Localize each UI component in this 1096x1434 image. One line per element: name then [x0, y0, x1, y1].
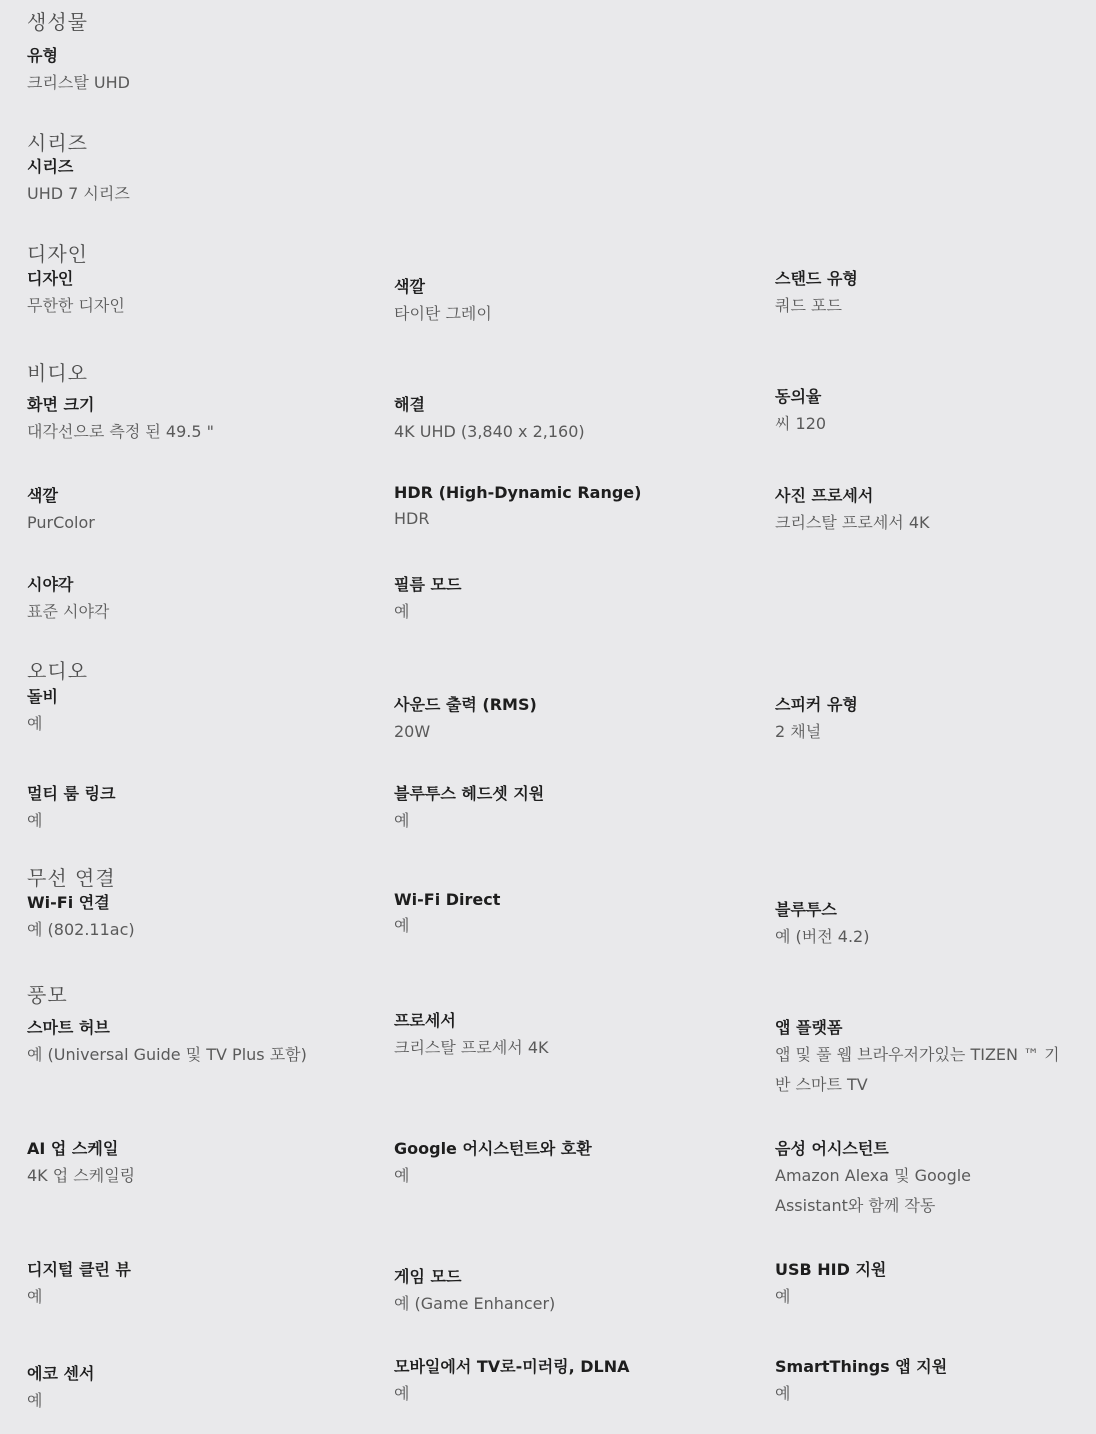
spec-digital-clean-view: 디지털 클린 뷰 예 — [27, 1257, 131, 1312]
spec-usb-hid: USB HID 지원 예 — [775, 1257, 886, 1312]
spec-dolby: 돌비 예 — [27, 684, 58, 739]
spec-wifi-direct: Wi-Fi Direct 예 — [394, 890, 500, 941]
spec-value: 쿼드 포드 — [775, 291, 858, 321]
spec-label: 시리즈 — [27, 154, 130, 177]
spec-label: 유형 — [27, 43, 130, 66]
spec-label: 스탠드 유형 — [775, 266, 858, 289]
spec-value: 예 (버전 4.2) — [775, 922, 869, 952]
spec-smartthings: SmartThings 앱 지원 예 — [775, 1354, 947, 1409]
section-title-audio: 오디오 — [27, 655, 88, 684]
spec-value: 대각선으로 측정 된 49.5 " — [27, 417, 214, 447]
spec-speaker-type: 스피커 유형 2 채널 — [775, 692, 858, 747]
spec-label: 프로세서 — [394, 1008, 549, 1031]
spec-bluetooth: 블루투스 예 (버전 4.2) — [775, 897, 869, 952]
spec-label: 음성 어시스턴트 — [775, 1136, 995, 1159]
spec-value: 예 — [775, 1379, 947, 1409]
spec-label: AI 업 스케일 — [27, 1136, 135, 1159]
spec-value: 예 — [394, 911, 500, 941]
spec-label: 사진 프로세서 — [775, 483, 930, 506]
spec-value: 20W — [394, 717, 537, 747]
spec-label: SmartThings 앱 지원 — [775, 1354, 947, 1377]
section-title-features: 풍모 — [27, 979, 68, 1008]
spec-app-platform: 앱 플랫폼 앱 및 풀 웹 브라우저가있는 TIZEN ™ 기반 스마트 TV — [775, 1015, 1060, 1100]
spec-ai-upscale: AI 업 스케일 4K 업 스케일링 — [27, 1136, 135, 1191]
spec-value: 예 — [27, 709, 58, 739]
spec-label: Wi-Fi Direct — [394, 890, 500, 909]
spec-label: 디자인 — [27, 266, 125, 289]
spec-design: 디자인 무한한 디자인 — [27, 266, 125, 321]
spec-value: 예 — [27, 1386, 94, 1416]
spec-value: 예 (802.11ac) — [27, 915, 135, 945]
spec-value: UHD 7 시리즈 — [27, 179, 130, 209]
spec-color-design: 색깔 타이탄 그레이 — [394, 274, 492, 329]
spec-value: 타이탄 그레이 — [394, 299, 492, 329]
spec-value: 2 채널 — [775, 717, 858, 747]
spec-value: 크리스탈 프로세서 4K — [394, 1033, 549, 1063]
spec-hdr: HDR (High-Dynamic Range) HDR — [394, 483, 641, 534]
spec-value: 예 — [27, 1282, 131, 1312]
spec-label: 화면 크기 — [27, 392, 214, 415]
spec-refresh-rate: 동의율 씨 120 — [775, 384, 826, 439]
spec-label: 디지털 클린 뷰 — [27, 1257, 131, 1280]
spec-google-assistant: Google 어시스턴트와 호환 예 — [394, 1136, 592, 1191]
spec-value: 예 — [394, 806, 544, 836]
spec-value: HDR — [394, 504, 641, 534]
spec-game-mode: 게임 모드 예 (Game Enhancer) — [394, 1264, 555, 1319]
spec-value: 4K 업 스케일링 — [27, 1161, 135, 1191]
spec-label: 스피커 유형 — [775, 692, 858, 715]
spec-label: HDR (High-Dynamic Range) — [394, 483, 641, 502]
spec-value: Amazon Alexa 및 Google Assistant와 함께 작동 — [775, 1161, 995, 1221]
spec-processor: 프로세서 크리스탈 프로세서 4K — [394, 1008, 549, 1063]
spec-value: 크리스탈 프로세서 4K — [775, 508, 930, 538]
spec-value: 예 (Game Enhancer) — [394, 1289, 555, 1319]
spec-label: 해결 — [394, 392, 585, 415]
spec-label: 색깔 — [27, 483, 95, 506]
spec-value: PurColor — [27, 508, 95, 538]
spec-label: 색깔 — [394, 274, 492, 297]
spec-label: 멀티 룸 링크 — [27, 781, 115, 804]
spec-stand-type: 스탠드 유형 쿼드 포드 — [775, 266, 858, 321]
spec-label: 사운드 출력 (RMS) — [394, 692, 537, 715]
spec-film-mode: 필름 모드 예 — [394, 572, 461, 627]
spec-value: 무한한 디자인 — [27, 291, 125, 321]
spec-value: 씨 120 — [775, 409, 826, 439]
spec-resolution: 해결 4K UHD (3,840 x 2,160) — [394, 392, 585, 447]
spec-value: 예 — [394, 1161, 592, 1191]
spec-label: Wi-Fi 연결 — [27, 890, 135, 913]
spec-voice-assistant: 음성 어시스턴트 Amazon Alexa 및 Google Assistant… — [775, 1136, 995, 1221]
section-title-video: 비디오 — [27, 357, 88, 386]
spec-label: 블루투스 — [775, 897, 869, 920]
spec-label: 블루투스 헤드셋 지원 — [394, 781, 544, 804]
spec-label: 앱 플랫폼 — [775, 1015, 1060, 1038]
section-title-product: 생성물 — [27, 6, 88, 35]
spec-wifi: Wi-Fi 연결 예 (802.11ac) — [27, 890, 135, 945]
spec-viewing-angle: 시야각 표준 시야각 — [27, 572, 109, 627]
spec-bt-headset: 블루투스 헤드셋 지원 예 — [394, 781, 544, 836]
spec-label: 게임 모드 — [394, 1264, 555, 1287]
spec-value: 크리스탈 UHD — [27, 68, 130, 98]
spec-value: 예 (Universal Guide 및 TV Plus 포함) — [27, 1040, 307, 1070]
spec-label: 모바일에서 TV로-미러링, DLNA — [394, 1354, 630, 1377]
section-title-series: 시리즈 — [27, 127, 88, 156]
spec-sound-output: 사운드 출력 (RMS) 20W — [394, 692, 537, 747]
spec-label: 동의율 — [775, 384, 826, 407]
spec-value: 4K UHD (3,840 x 2,160) — [394, 417, 585, 447]
spec-label: Google 어시스턴트와 호환 — [394, 1136, 592, 1159]
section-title-design: 디자인 — [27, 238, 88, 267]
spec-value: 예 — [775, 1282, 886, 1312]
spec-label: 에코 센서 — [27, 1361, 94, 1384]
spec-value: 예 — [27, 806, 115, 836]
spec-picture-processor: 사진 프로세서 크리스탈 프로세서 4K — [775, 483, 930, 538]
spec-value: 예 — [394, 1379, 630, 1409]
spec-value: 예 — [394, 597, 461, 627]
spec-value: 표준 시야각 — [27, 597, 109, 627]
spec-label: 시야각 — [27, 572, 109, 595]
spec-series: 시리즈 UHD 7 시리즈 — [27, 154, 130, 209]
spec-type: 유형 크리스탈 UHD — [27, 43, 130, 98]
spec-label: 스마트 허브 — [27, 1015, 307, 1038]
spec-screen-size: 화면 크기 대각선으로 측정 된 49.5 " — [27, 392, 214, 447]
spec-label: 필름 모드 — [394, 572, 461, 595]
spec-smart-hub: 스마트 허브 예 (Universal Guide 및 TV Plus 포함) — [27, 1015, 307, 1070]
spec-color-video: 색깔 PurColor — [27, 483, 95, 538]
section-title-wireless: 무선 연결 — [27, 862, 116, 891]
spec-value: 앱 및 풀 웹 브라우저가있는 TIZEN ™ 기반 스마트 TV — [775, 1040, 1060, 1100]
spec-mirroring: 모바일에서 TV로-미러링, DLNA 예 — [394, 1354, 630, 1409]
spec-label: 돌비 — [27, 684, 58, 707]
spec-multi-room-link: 멀티 룸 링크 예 — [27, 781, 115, 836]
spec-label: USB HID 지원 — [775, 1257, 886, 1280]
spec-eco-sensor: 에코 센서 예 — [27, 1361, 94, 1416]
